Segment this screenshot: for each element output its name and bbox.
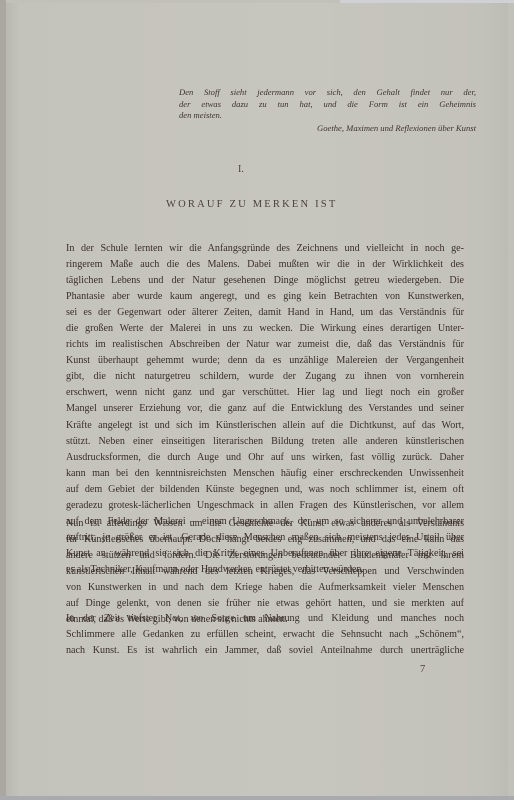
text-line: kann man bei den kenntnisreichsten Mensc… <box>66 466 464 482</box>
text-line: richts im realistischen Abschreiben der … <box>66 337 464 353</box>
text-line: In der Zeit tiefster Not, wo Sorge um Na… <box>66 611 464 627</box>
text-line: Kräfte angelegt ist und sich im Künstler… <box>66 418 464 434</box>
text-line: für Künstlerisches überhaupt. Doch hängt… <box>66 532 464 548</box>
text-line: von Kunstwerken in und nach dem Kriege h… <box>66 580 464 596</box>
text-line: nach Kunst. Es ist wahrlich ein Jammer, … <box>66 643 464 659</box>
text-line: auf dem Gebiet der bildenden Künste bege… <box>66 482 464 498</box>
text-line: Nun ist allerdings Wissen um die Geschic… <box>66 516 464 532</box>
chapter-title: WORAUF ZU MERKEN IST <box>166 199 337 210</box>
epigraph-attribution: Goethe, Maximen und Reflexionen über Kun… <box>179 123 476 135</box>
text-line: In der Schule lernten wir die Anfangsgrü… <box>66 241 464 257</box>
text-line: Ausdrucksformen, die durch Auge und Ohr … <box>66 450 464 466</box>
paragraph-3: In der Zeit tiefster Not, wo Sorge um Na… <box>66 611 464 659</box>
text-line: Schlimmere alle Gedanken zu erfüllen sch… <box>66 627 464 643</box>
text-line: stützt. Neben einer einseitigen literari… <box>66 434 464 450</box>
page-number: 7 <box>420 664 425 675</box>
text-line: Phantasie aber wurde kaum angeregt, und … <box>66 289 464 305</box>
text-line: erschwert, wenn nicht ganz und gar versc… <box>66 385 464 401</box>
text-line: Kunst überhaupt gehemmt wurde; denn da e… <box>66 353 464 369</box>
epigraph-line: den meisten. <box>179 110 476 122</box>
text-line: andere stützen und fördern. Die Zerstöru… <box>66 548 464 564</box>
text-line: die großen Werte der Malerei in uns zu w… <box>66 321 464 337</box>
text-line: täglichen Lebens und der Natur gesehenen… <box>66 273 464 289</box>
text-line: Mangel unserer Erziehung vor, die ganz a… <box>66 401 464 417</box>
epigraph: Den Stoff sieht jedermann vor sich, den … <box>179 87 476 134</box>
text-line: geradezu grotesk-lächerlichen Ungeschmac… <box>66 498 464 514</box>
text-line: künstlerischen Inhalt während des letzte… <box>66 564 464 580</box>
text-line: sei es der Gegenwart oder älterer Zeiten… <box>66 305 464 321</box>
page-bottom-edge <box>0 796 514 800</box>
text-line: auf Dinge gelenkt, von denen sie früher … <box>66 596 464 612</box>
chapter-number: I. <box>238 164 244 175</box>
text-line: ringerem Maße auch die des Malens. Dabei… <box>66 257 464 273</box>
text-line: gibt, die nicht naturgetreu schildern, w… <box>66 369 464 385</box>
epigraph-line: der etwas dazu zu tun hat, und die Form … <box>179 99 476 111</box>
epigraph-line: Den Stoff sieht jedermann vor sich, den … <box>179 87 476 99</box>
